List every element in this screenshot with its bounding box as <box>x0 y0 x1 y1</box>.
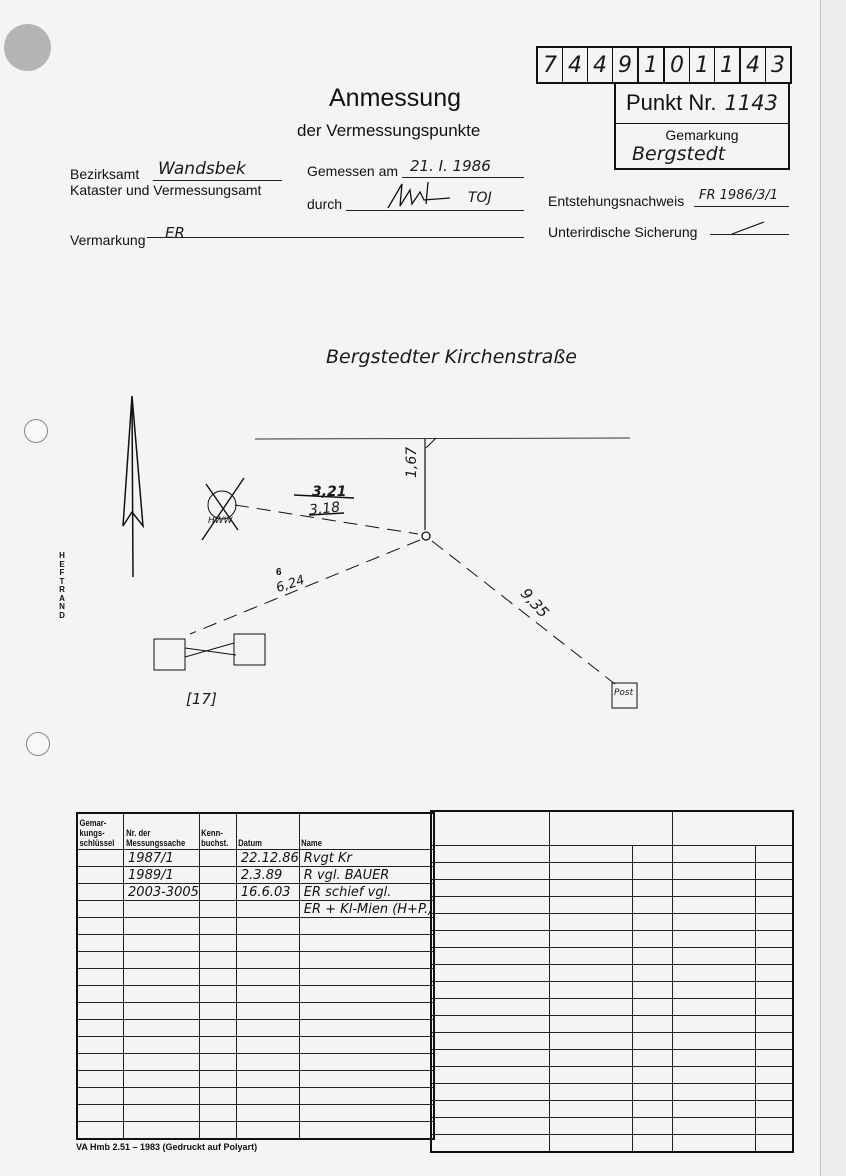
table-cell <box>236 1020 299 1037</box>
table-cell <box>236 1037 299 1054</box>
table-cell: 1987/1 <box>124 850 200 867</box>
blank-cell <box>431 1101 549 1118</box>
blank-cell <box>549 846 632 863</box>
blank-cell <box>549 914 632 931</box>
blank-cell <box>632 1084 672 1101</box>
blank-cell <box>672 965 755 982</box>
blank-cell <box>755 1033 793 1050</box>
blank-cell <box>632 1033 672 1050</box>
cell-text: R vgl. BAUER <box>300 868 433 883</box>
cell-text: ER schief vgl. <box>300 885 433 900</box>
blank-cell <box>755 982 793 999</box>
table-cell <box>124 1037 200 1054</box>
header-datum: Datum <box>236 813 289 850</box>
table-cell: R vgl. BAUER <box>299 867 434 884</box>
blank-cell <box>672 897 755 914</box>
cell-text: 22.12.86 <box>237 851 299 866</box>
table-cell <box>124 1088 200 1105</box>
blank-cell <box>431 1033 549 1050</box>
blank-header-cell <box>431 811 549 846</box>
table-row: 2003-300516.6.03ER schief vgl. <box>77 884 434 901</box>
blank-cell <box>549 880 632 897</box>
blank-cell <box>632 948 672 965</box>
table-cell <box>124 1054 200 1071</box>
table-cell <box>299 1122 434 1140</box>
blank-row <box>431 931 793 948</box>
blank-cell <box>672 846 755 863</box>
table-cell <box>299 986 434 1003</box>
table-cell <box>77 850 124 867</box>
blank-row <box>431 1135 793 1153</box>
blank-row <box>431 1067 793 1084</box>
blank-cell <box>632 931 672 948</box>
table-cell <box>199 1020 236 1037</box>
blank-cell <box>549 948 632 965</box>
blank-row <box>431 1050 793 1067</box>
blank-cell <box>632 863 672 880</box>
distance-left-old: 3,21 <box>312 484 347 500</box>
blank-cell <box>672 1067 755 1084</box>
table-row <box>77 952 434 969</box>
table-cell <box>236 1071 299 1088</box>
building-icon <box>154 639 185 670</box>
blank-row <box>431 1118 793 1135</box>
blank-cell <box>431 999 549 1016</box>
header-name: Name <box>299 813 414 850</box>
blank-cell <box>672 1084 755 1101</box>
blank-cell <box>755 897 793 914</box>
blank-cell <box>549 982 632 999</box>
blank-cell <box>431 931 549 948</box>
table-cell <box>236 901 299 918</box>
table-cell <box>199 969 236 986</box>
table-cell <box>236 969 299 986</box>
table-cell <box>199 1122 236 1140</box>
table-cell <box>199 952 236 969</box>
table-cell <box>77 1105 124 1122</box>
table-row <box>77 1037 434 1054</box>
blank-row <box>431 1033 793 1050</box>
blank-cell <box>549 965 632 982</box>
table-cell <box>299 918 434 935</box>
table-cell <box>199 850 236 867</box>
table-cell <box>236 918 299 935</box>
table-cell <box>199 1071 236 1088</box>
north-arrow-icon <box>123 396 143 577</box>
table-cell <box>124 1071 200 1088</box>
blank-cell <box>755 1016 793 1033</box>
table-cell <box>124 1020 200 1037</box>
table-row: ER + Kl-Mien (H+P.) <box>77 901 434 918</box>
header-kennbuchstabe: Kenn-buchst. <box>199 813 230 850</box>
table-cell <box>124 1105 200 1122</box>
street-name: Bergstedter Kirchenstraße <box>326 346 577 368</box>
table-cell <box>199 1088 236 1105</box>
survey-point-icon <box>422 532 430 540</box>
table-cell: 16.6.03 <box>236 884 299 901</box>
table-row <box>77 1054 434 1071</box>
table-cell <box>77 1071 124 1088</box>
blank-cell <box>755 863 793 880</box>
blank-cell <box>632 1101 672 1118</box>
blank-cell <box>549 931 632 948</box>
table-cell <box>299 1071 434 1088</box>
blank-row <box>431 914 793 931</box>
post-label: Post <box>614 688 633 698</box>
blank-cell <box>755 1050 793 1067</box>
blank-cell <box>632 999 672 1016</box>
blank-cell <box>632 1067 672 1084</box>
table-cell <box>77 1037 124 1054</box>
cell-text: 2.3.89 <box>237 868 299 883</box>
table-row <box>77 1003 434 1020</box>
blank-row <box>431 897 793 914</box>
table-row <box>77 1105 434 1122</box>
table-cell <box>299 1003 434 1020</box>
table-cell <box>236 1054 299 1071</box>
table-cell <box>77 1020 124 1037</box>
blank-cell <box>672 880 755 897</box>
blank-cell <box>755 999 793 1016</box>
table-cell <box>77 935 124 952</box>
blank-cell <box>755 1118 793 1135</box>
table-cell <box>299 1088 434 1105</box>
table-cell <box>77 884 124 901</box>
blank-cell <box>672 1135 755 1153</box>
blank-cell <box>672 999 755 1016</box>
table-cell <box>199 918 236 935</box>
blank-cell <box>431 1016 549 1033</box>
table-cell <box>299 1020 434 1037</box>
blank-cell <box>755 1101 793 1118</box>
blank-header-cell <box>672 811 793 846</box>
blank-row <box>431 948 793 965</box>
blank-cell <box>549 1016 632 1033</box>
blank-cell <box>672 931 755 948</box>
blank-cell <box>632 1050 672 1067</box>
table-cell <box>199 1054 236 1071</box>
blank-cell <box>672 1101 755 1118</box>
distance-top: 1,67 <box>404 447 420 478</box>
hww-label: HWW <box>208 516 233 526</box>
blank-cell <box>431 965 549 982</box>
table-row: 1989/12.3.89R vgl. BAUER <box>77 867 434 884</box>
table-cell <box>77 969 124 986</box>
blank-cell <box>431 1067 549 1084</box>
cell-text: 16.6.03 <box>237 885 299 900</box>
survey-sketch <box>0 0 846 800</box>
table-cell <box>236 952 299 969</box>
table-row <box>77 1122 434 1140</box>
cell-text: 2003-3005 <box>124 885 199 900</box>
blank-cell <box>549 999 632 1016</box>
form-footer: VA Hmb 2.51 – 1983 (Gedruckt auf Polyart… <box>76 1142 257 1152</box>
blank-cell <box>549 1118 632 1135</box>
blank-cell <box>755 931 793 948</box>
table-cell <box>299 952 434 969</box>
table-cell <box>199 884 236 901</box>
blank-row <box>431 999 793 1016</box>
blank-header-row <box>431 811 793 846</box>
blank-cell <box>632 1016 672 1033</box>
table-cell <box>124 986 200 1003</box>
table-cell <box>77 1088 124 1105</box>
blank-cell <box>755 965 793 982</box>
building-number: [17] <box>186 690 217 708</box>
table-cell <box>236 1122 299 1140</box>
blank-cell <box>632 982 672 999</box>
blank-cell <box>431 914 549 931</box>
table-cell <box>77 1054 124 1071</box>
blank-cell <box>632 897 672 914</box>
table-row <box>77 918 434 935</box>
blank-cell <box>755 1067 793 1084</box>
blank-cell <box>431 948 549 965</box>
table-cell <box>199 1105 236 1122</box>
blank-cell <box>632 846 672 863</box>
blank-cell <box>755 846 793 863</box>
building-icon <box>234 634 265 665</box>
blank-cell <box>632 1118 672 1135</box>
table-cell <box>124 935 200 952</box>
table-cell <box>77 952 124 969</box>
table-cell <box>199 986 236 1003</box>
blank-cell <box>755 1135 793 1153</box>
blank-cell <box>632 1135 672 1153</box>
blank-cell <box>431 897 549 914</box>
blank-row <box>431 846 793 863</box>
blank-cell <box>549 1135 632 1153</box>
table-cell: ER schief vgl. <box>299 884 434 901</box>
table-cell <box>77 901 124 918</box>
distance-left-new: 3,18 <box>308 499 341 518</box>
table-cell <box>124 901 200 918</box>
table-row <box>77 1088 434 1105</box>
table-row <box>77 969 434 986</box>
blank-cell <box>431 982 549 999</box>
table-cell: 2.3.89 <box>236 867 299 884</box>
blank-cell <box>755 948 793 965</box>
blank-header-cell <box>549 811 672 846</box>
blank-cell <box>549 1050 632 1067</box>
blank-cell <box>672 914 755 931</box>
cell-text: Rvgt Kr <box>300 851 433 866</box>
blank-row <box>431 1084 793 1101</box>
table-cell <box>124 1003 200 1020</box>
table-cell: 2003-3005 <box>124 884 200 901</box>
table-cell <box>236 1088 299 1105</box>
blank-row <box>431 863 793 880</box>
blank-cell <box>431 1084 549 1101</box>
table-cell <box>124 952 200 969</box>
blank-cell <box>549 1033 632 1050</box>
table-cell <box>199 935 236 952</box>
blank-cell <box>672 982 755 999</box>
table-cell <box>199 867 236 884</box>
blank-row <box>431 982 793 999</box>
blank-row <box>431 1101 793 1118</box>
table-cell <box>236 1105 299 1122</box>
blank-cell <box>431 1050 549 1067</box>
table-cell <box>77 918 124 935</box>
blank-cell <box>632 965 672 982</box>
blank-row <box>431 965 793 982</box>
blank-cell <box>431 880 549 897</box>
blank-cell <box>755 880 793 897</box>
table-row <box>77 986 434 1003</box>
blank-cell <box>431 846 549 863</box>
blank-cell <box>672 1033 755 1050</box>
table-cell <box>124 1122 200 1140</box>
blank-cell <box>672 863 755 880</box>
table-cell <box>299 1054 434 1071</box>
table-cell <box>77 867 124 884</box>
blank-cell <box>632 914 672 931</box>
table-cell <box>236 1003 299 1020</box>
blank-row <box>431 880 793 897</box>
blank-cell <box>672 948 755 965</box>
table-cell <box>236 986 299 1003</box>
header-gemarkungsschluessel: Gemar-kungs-schlüssel <box>77 813 117 850</box>
measurement-history-table: Gemar-kungs-schlüssel Nr. der Messungssa… <box>76 812 435 1140</box>
cell-text: 1989/1 <box>124 868 199 883</box>
table-cell <box>199 1003 236 1020</box>
table-cell <box>124 969 200 986</box>
distance-southwest-mark: 6 <box>276 567 282 578</box>
table-cell: 1989/1 <box>124 867 200 884</box>
cell-text: 1987/1 <box>124 851 199 866</box>
table-cell <box>77 986 124 1003</box>
table-cell <box>199 901 236 918</box>
blank-cell <box>431 1135 549 1153</box>
blank-record-table <box>430 810 794 1153</box>
table-cell <box>77 1122 124 1140</box>
blank-cell <box>549 897 632 914</box>
table-cell <box>124 918 200 935</box>
blank-cell <box>672 1016 755 1033</box>
blank-cell <box>549 863 632 880</box>
table-row <box>77 935 434 952</box>
table-cell <box>299 935 434 952</box>
table-cell: 22.12.86 <box>236 850 299 867</box>
table-row <box>77 1020 434 1037</box>
blank-cell <box>549 1084 632 1101</box>
blank-cell <box>431 1118 549 1135</box>
blank-cell <box>431 863 549 880</box>
table-cell <box>77 1003 124 1020</box>
blank-row <box>431 1016 793 1033</box>
table-cell: ER + Kl-Mien (H+P.) <box>299 901 434 918</box>
table-row: 1987/122.12.86Rvgt Kr <box>77 850 434 867</box>
table-cell: Rvgt Kr <box>299 850 434 867</box>
table-row <box>77 1071 434 1088</box>
blank-cell <box>755 914 793 931</box>
table-cell <box>299 969 434 986</box>
blank-cell <box>632 880 672 897</box>
blank-cell <box>549 1067 632 1084</box>
table-cell <box>236 935 299 952</box>
table-cell <box>199 1037 236 1054</box>
header-messungssache: Nr. der Messungssache <box>124 813 188 850</box>
blank-cell <box>672 1050 755 1067</box>
blank-cell <box>755 1084 793 1101</box>
table-cell <box>299 1105 434 1122</box>
table-header-row: Gemar-kungs-schlüssel Nr. der Messungssa… <box>77 813 434 850</box>
cell-text: ER + Kl-Mien (H+P.) <box>300 902 433 917</box>
blank-cell <box>672 1118 755 1135</box>
blank-cell <box>549 1101 632 1118</box>
table-cell <box>299 1037 434 1054</box>
